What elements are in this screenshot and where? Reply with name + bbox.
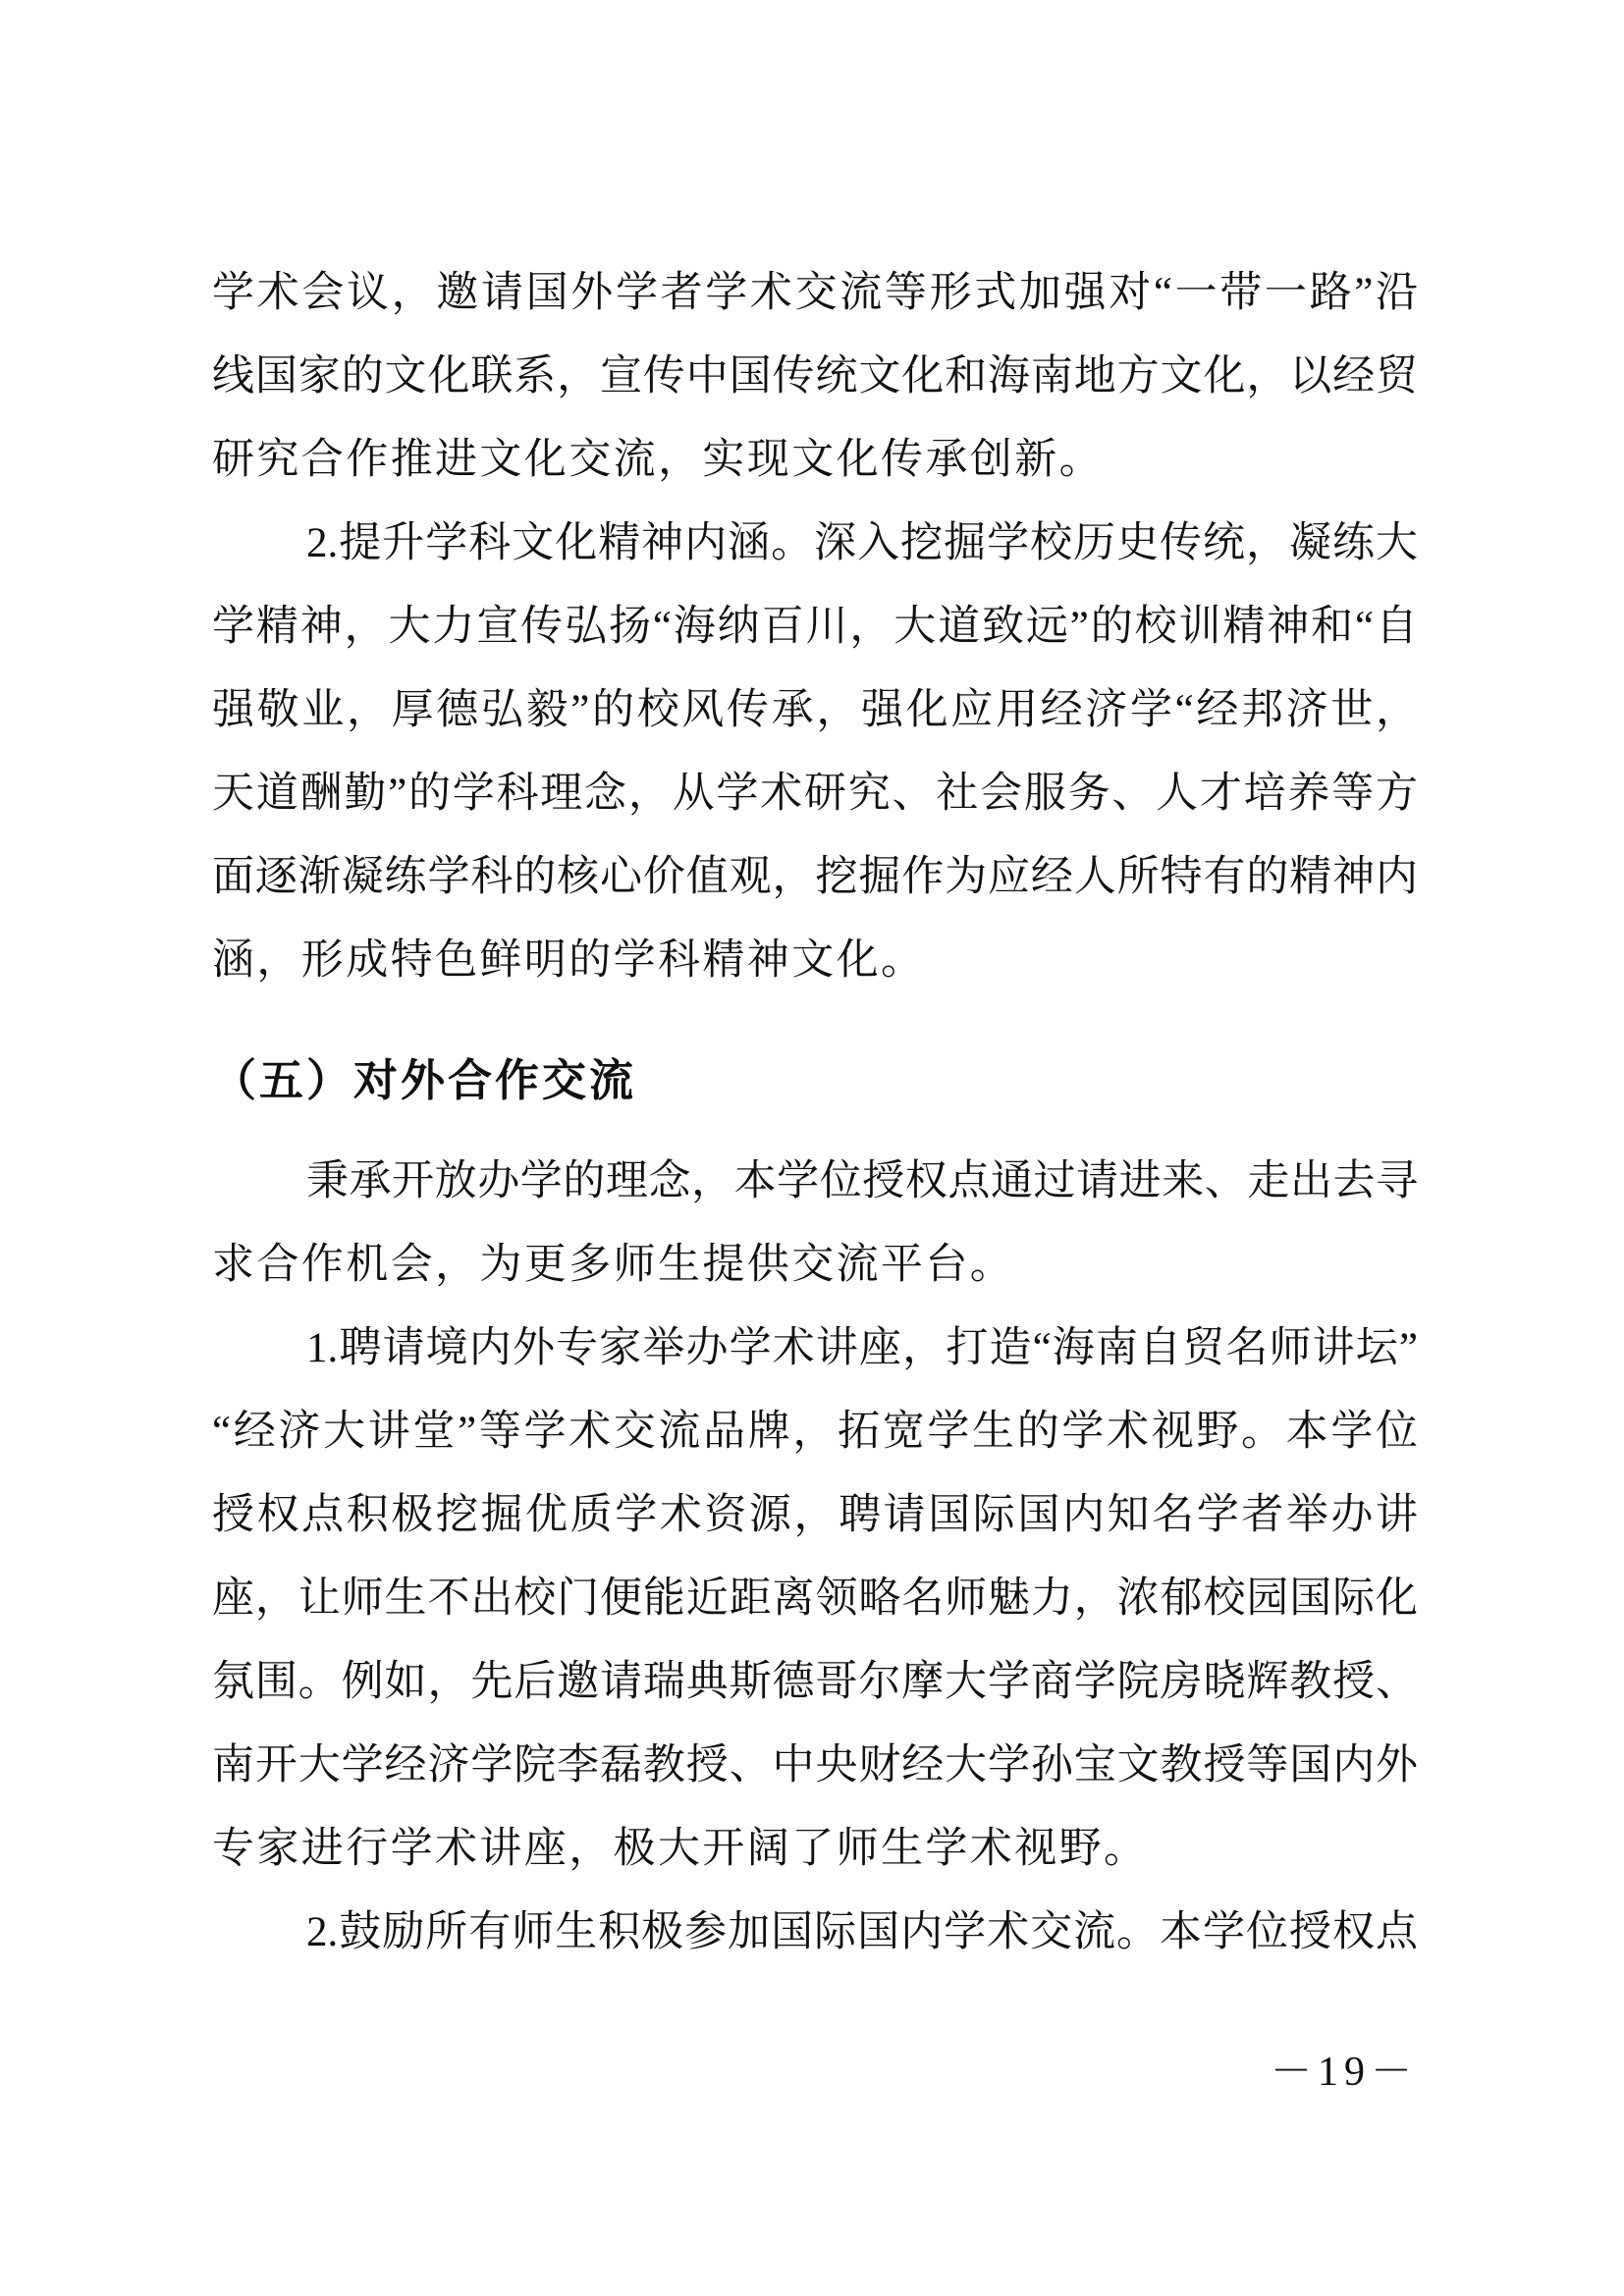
paragraph: 学术会议，邀请国外学者学术交流等形式加强对“一带一路”沿 线国家的文化联系，宣传… — [212, 251, 1418, 502]
section-heading: （五）对外合作交流 — [212, 1040, 1418, 1123]
text-line: 专家进行学术讲座，极大开阔了师生学术视野。 — [212, 1807, 1418, 1891]
text-line: 2.提升学科文化精神内涵。深入挖掘学校历史传统，凝练大 — [212, 502, 1418, 585]
text-line: 1.聘请境内外专家举办学术讲座，打造“海南自贸名师讲坛” — [212, 1307, 1418, 1390]
text-line: 研究合作推进文化交流，实现文化传承创新。 — [212, 418, 1418, 502]
text-line: 涵，形成特色鲜明的学科精神文化。 — [212, 919, 1418, 1002]
text-line: 强敬业，厚德弘毅”的校风传承，强化应用经济学“经邦济世， — [212, 668, 1418, 752]
text-line: 面逐渐凝练学科的核心价值观，挖掘作为应经人所特有的精神内 — [212, 835, 1418, 919]
paragraph: 2.提升学科文化精神内涵。深入挖掘学校历史传统，凝练大 学精神，大力宣传弘扬“海… — [212, 502, 1418, 1002]
paragraph: 秉承开放办学的理念，本学位授权点通过请进来、走出去寻 求合作机会，为更多师生提供… — [212, 1140, 1418, 1307]
paragraph: 1.聘请境内外专家举办学术讲座，打造“海南自贸名师讲坛” “经济大讲堂”等学术交… — [212, 1307, 1418, 1891]
text-line: “经济大讲堂”等学术交流品牌，拓宽学生的学术视野。本学位 — [212, 1390, 1418, 1473]
text-line: 学精神，大力宣传弘扬“海纳百川，大道致远”的校训精神和“自 — [212, 585, 1418, 668]
text-line: 座，让师生不出校门便能近距离领略名师魅力，浓郁校园国际化 — [212, 1557, 1418, 1640]
text-line: 线国家的文化联系，宣传中国传统文化和海南地方文化，以经贸 — [212, 335, 1418, 418]
text-line: 求合作机会，为更多师生提供交流平台。 — [212, 1223, 1418, 1307]
paragraph: 2.鼓励所有师生积极参加国际国内学术交流。本学位授权点 — [212, 1891, 1418, 1974]
text-line: 秉承开放办学的理念，本学位授权点通过请进来、走出去寻 — [212, 1140, 1418, 1223]
document-body: 学术会议，邀请国外学者学术交流等形式加强对“一带一路”沿 线国家的文化联系，宣传… — [212, 251, 1418, 1974]
text-line: 南开大学经济学院李磊教授、中央财经大学孙宝文教授等国内外 — [212, 1724, 1418, 1807]
text-line: 氛围。例如，先后邀请瑞典斯德哥尔摩大学商学院房晓辉教授、 — [212, 1640, 1418, 1724]
text-line: 天道酬勤”的学科理念，从学术研究、社会服务、人才培养等方 — [212, 752, 1418, 835]
text-line: 学术会议，邀请国外学者学术交流等形式加强对“一带一路”沿 — [212, 251, 1418, 335]
document-page: 学术会议，邀请国外学者学术交流等形式加强对“一带一路”沿 线国家的文化联系，宣传… — [0, 0, 1624, 2296]
page-number: －19－ — [212, 2050, 1418, 2095]
text-line: 2.鼓励所有师生积极参加国际国内学术交流。本学位授权点 — [212, 1891, 1418, 1974]
text-line: 授权点积极挖掘优质学术资源，聘请国际国内知名学者举办讲 — [212, 1473, 1418, 1557]
